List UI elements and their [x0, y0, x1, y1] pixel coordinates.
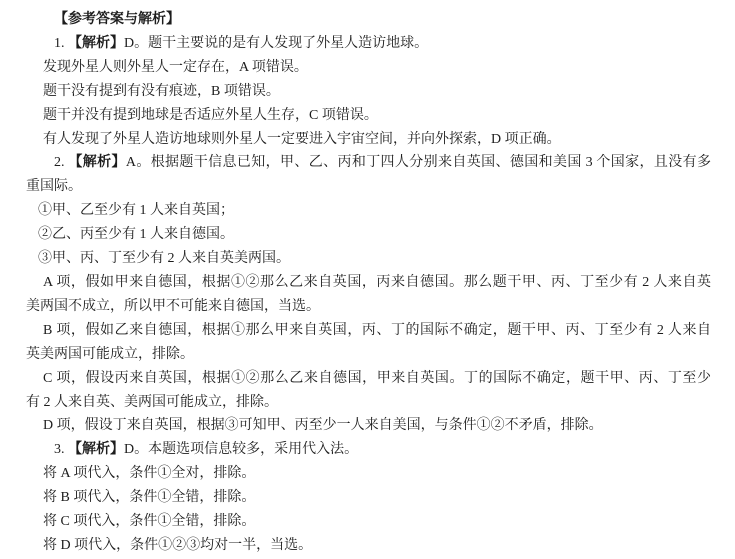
q1-option-a-text: 发现外星人则外星人一定存在，A 项错误。	[43, 60, 308, 75]
q3-option-a-text: 将 A 项代入，条件①全对，排除。	[43, 466, 255, 481]
q2-option-c-line-2: 有 2 人来自英、美两国可能成立，排除。	[26, 391, 711, 415]
q2-option-b-line-2: 英美两国可能成立，排除。	[26, 343, 711, 367]
q2-option-b-text-2: 英美两国可能成立，排除。	[26, 347, 194, 362]
q1-option-c-line: 题干并没有提到地球是否适应外星人生存，C 项错误。	[26, 104, 711, 128]
q3-number: 3.	[54, 442, 68, 457]
q2-option-c-text-2: 有 2 人来自英、美两国可能成立，排除。	[26, 395, 278, 410]
q1-option-b-line: 题干没有提到有没有痕迹，B 项错误。	[26, 80, 711, 104]
q2-option-a-line-2: 美两国不成立，所以甲不可能来自德国，当选。	[26, 295, 711, 319]
q1-option-d-line: 有人发现了外星人造访地球则外星人一定要进入宇宙空间，并向外探索，D 项正确。	[26, 128, 711, 152]
q2-option-d-text: D 项，假设丁来自英国，根据③可知甲、丙至少一人来自美国，与条件①②不矛盾，排除…	[43, 418, 603, 433]
q2-analysis-label: 【解析】	[68, 154, 125, 170]
q2-condition-3-text: ③甲、丙、丁至少有 2 人来自英美两国。	[38, 251, 290, 266]
q3-option-b-text: 将 B 项代入，条件①全错，排除。	[43, 490, 255, 505]
q1-analysis-line: 1. 【解析】D。题干主要说的是有人发现了外星人造访地球。	[26, 32, 711, 56]
q1-analysis-text: D。题干主要说的是有人发现了外星人造访地球。	[124, 36, 428, 51]
q3-analysis-line: 3. 【解析】D。本题选项信息较多，采用代入法。	[26, 438, 711, 462]
q2-condition-1-text: ①甲、乙至少有 1 人来自英国；	[38, 203, 234, 218]
q1-option-c-text: 题干并没有提到地球是否适应外星人生存，C 项错误。	[43, 108, 378, 123]
q3-analysis-text: D。本题选项信息较多，采用代入法。	[124, 442, 358, 457]
q2-option-a-text-2: 美两国不成立，所以甲不可能来自德国，当选。	[26, 299, 320, 314]
q2-number: 2.	[54, 155, 68, 170]
q2-option-c-text-1: C 项，假设丙来自英国，根据①②那么乙来自德国，甲来自英国。丁的国际不确定，题干…	[43, 371, 711, 386]
q3-option-a-line: 将 A 项代入，条件①全对，排除。	[26, 462, 711, 486]
q2-option-b-line-1: B 项，假如乙来自德国，根据①那么甲来自英国，丙、丁的国际不确定，题干甲、丙、丁…	[26, 319, 711, 343]
q3-option-d-line: 将 D 项代入，条件①②③均对一半，当选。	[26, 534, 711, 558]
q1-option-a-line: 发现外星人则外星人一定存在，A 项错误。	[26, 56, 711, 80]
q1-option-d-text: 有人发现了外星人造访地球则外星人一定要进入宇宙空间，并向外探索，D 项正确。	[43, 132, 561, 147]
q2-condition-3-line: ③甲、丙、丁至少有 2 人来自英美两国。	[26, 247, 711, 271]
q2-condition-2-text: ②乙、丙至少有 1 人来自德国。	[38, 227, 234, 242]
q2-condition-2-line: ②乙、丙至少有 1 人来自德国。	[26, 223, 711, 247]
section-title-text: 【参考答案与解析】	[54, 11, 180, 27]
q2-analysis-line-2: 重国际。	[26, 175, 711, 199]
document-page: 【参考答案与解析】 1. 【解析】D。题干主要说的是有人发现了外星人造访地球。 …	[0, 0, 735, 559]
q2-option-b-text-1: B 项，假如乙来自德国，根据①那么甲来自英国，丙、丁的国际不确定，题干甲、丙、丁…	[43, 323, 711, 338]
answers-section-title: 【参考答案与解析】	[26, 8, 711, 32]
q1-analysis-label: 【解析】	[68, 35, 124, 51]
q2-option-a-text-1: A 项，假如甲来自德国，根据①②那么乙来自英国，丙来自德国。那么题干甲、丙、丁至…	[43, 275, 711, 290]
q2-condition-1-line: ①甲、乙至少有 1 人来自英国；	[26, 199, 711, 223]
q2-analysis-text-1: A。根据题干信息已知，甲、乙、丙和丁四人分别来自英国、德国和美国 3 个国家，且…	[126, 155, 711, 170]
q2-analysis-text-2: 重国际。	[26, 179, 82, 194]
q3-option-d-text: 将 D 项代入，条件①②③均对一半，当选。	[43, 538, 312, 553]
q2-option-c-line-1: C 项，假设丙来自英国，根据①②那么乙来自德国，甲来自英国。丁的国际不确定，题干…	[26, 367, 711, 391]
q3-analysis-label: 【解析】	[68, 441, 124, 457]
q3-option-c-line: 将 C 项代入，条件①全错，排除。	[26, 510, 711, 534]
q1-option-b-text: 题干没有提到有没有痕迹，B 项错误。	[43, 84, 280, 99]
q2-option-d-line: D 项，假设丁来自英国，根据③可知甲、丙至少一人来自美国，与条件①②不矛盾，排除…	[26, 414, 711, 438]
q3-option-b-line: 将 B 项代入，条件①全错，排除。	[26, 486, 711, 510]
q2-analysis-line-1: 2. 【解析】A。根据题干信息已知，甲、乙、丙和丁四人分别来自英国、德国和美国 …	[26, 151, 711, 175]
q3-option-c-text: 将 C 项代入，条件①全错，排除。	[43, 514, 255, 529]
q1-number: 1.	[54, 36, 68, 51]
q2-option-a-line-1: A 项，假如甲来自德国，根据①②那么乙来自英国，丙来自德国。那么题干甲、丙、丁至…	[26, 271, 711, 295]
